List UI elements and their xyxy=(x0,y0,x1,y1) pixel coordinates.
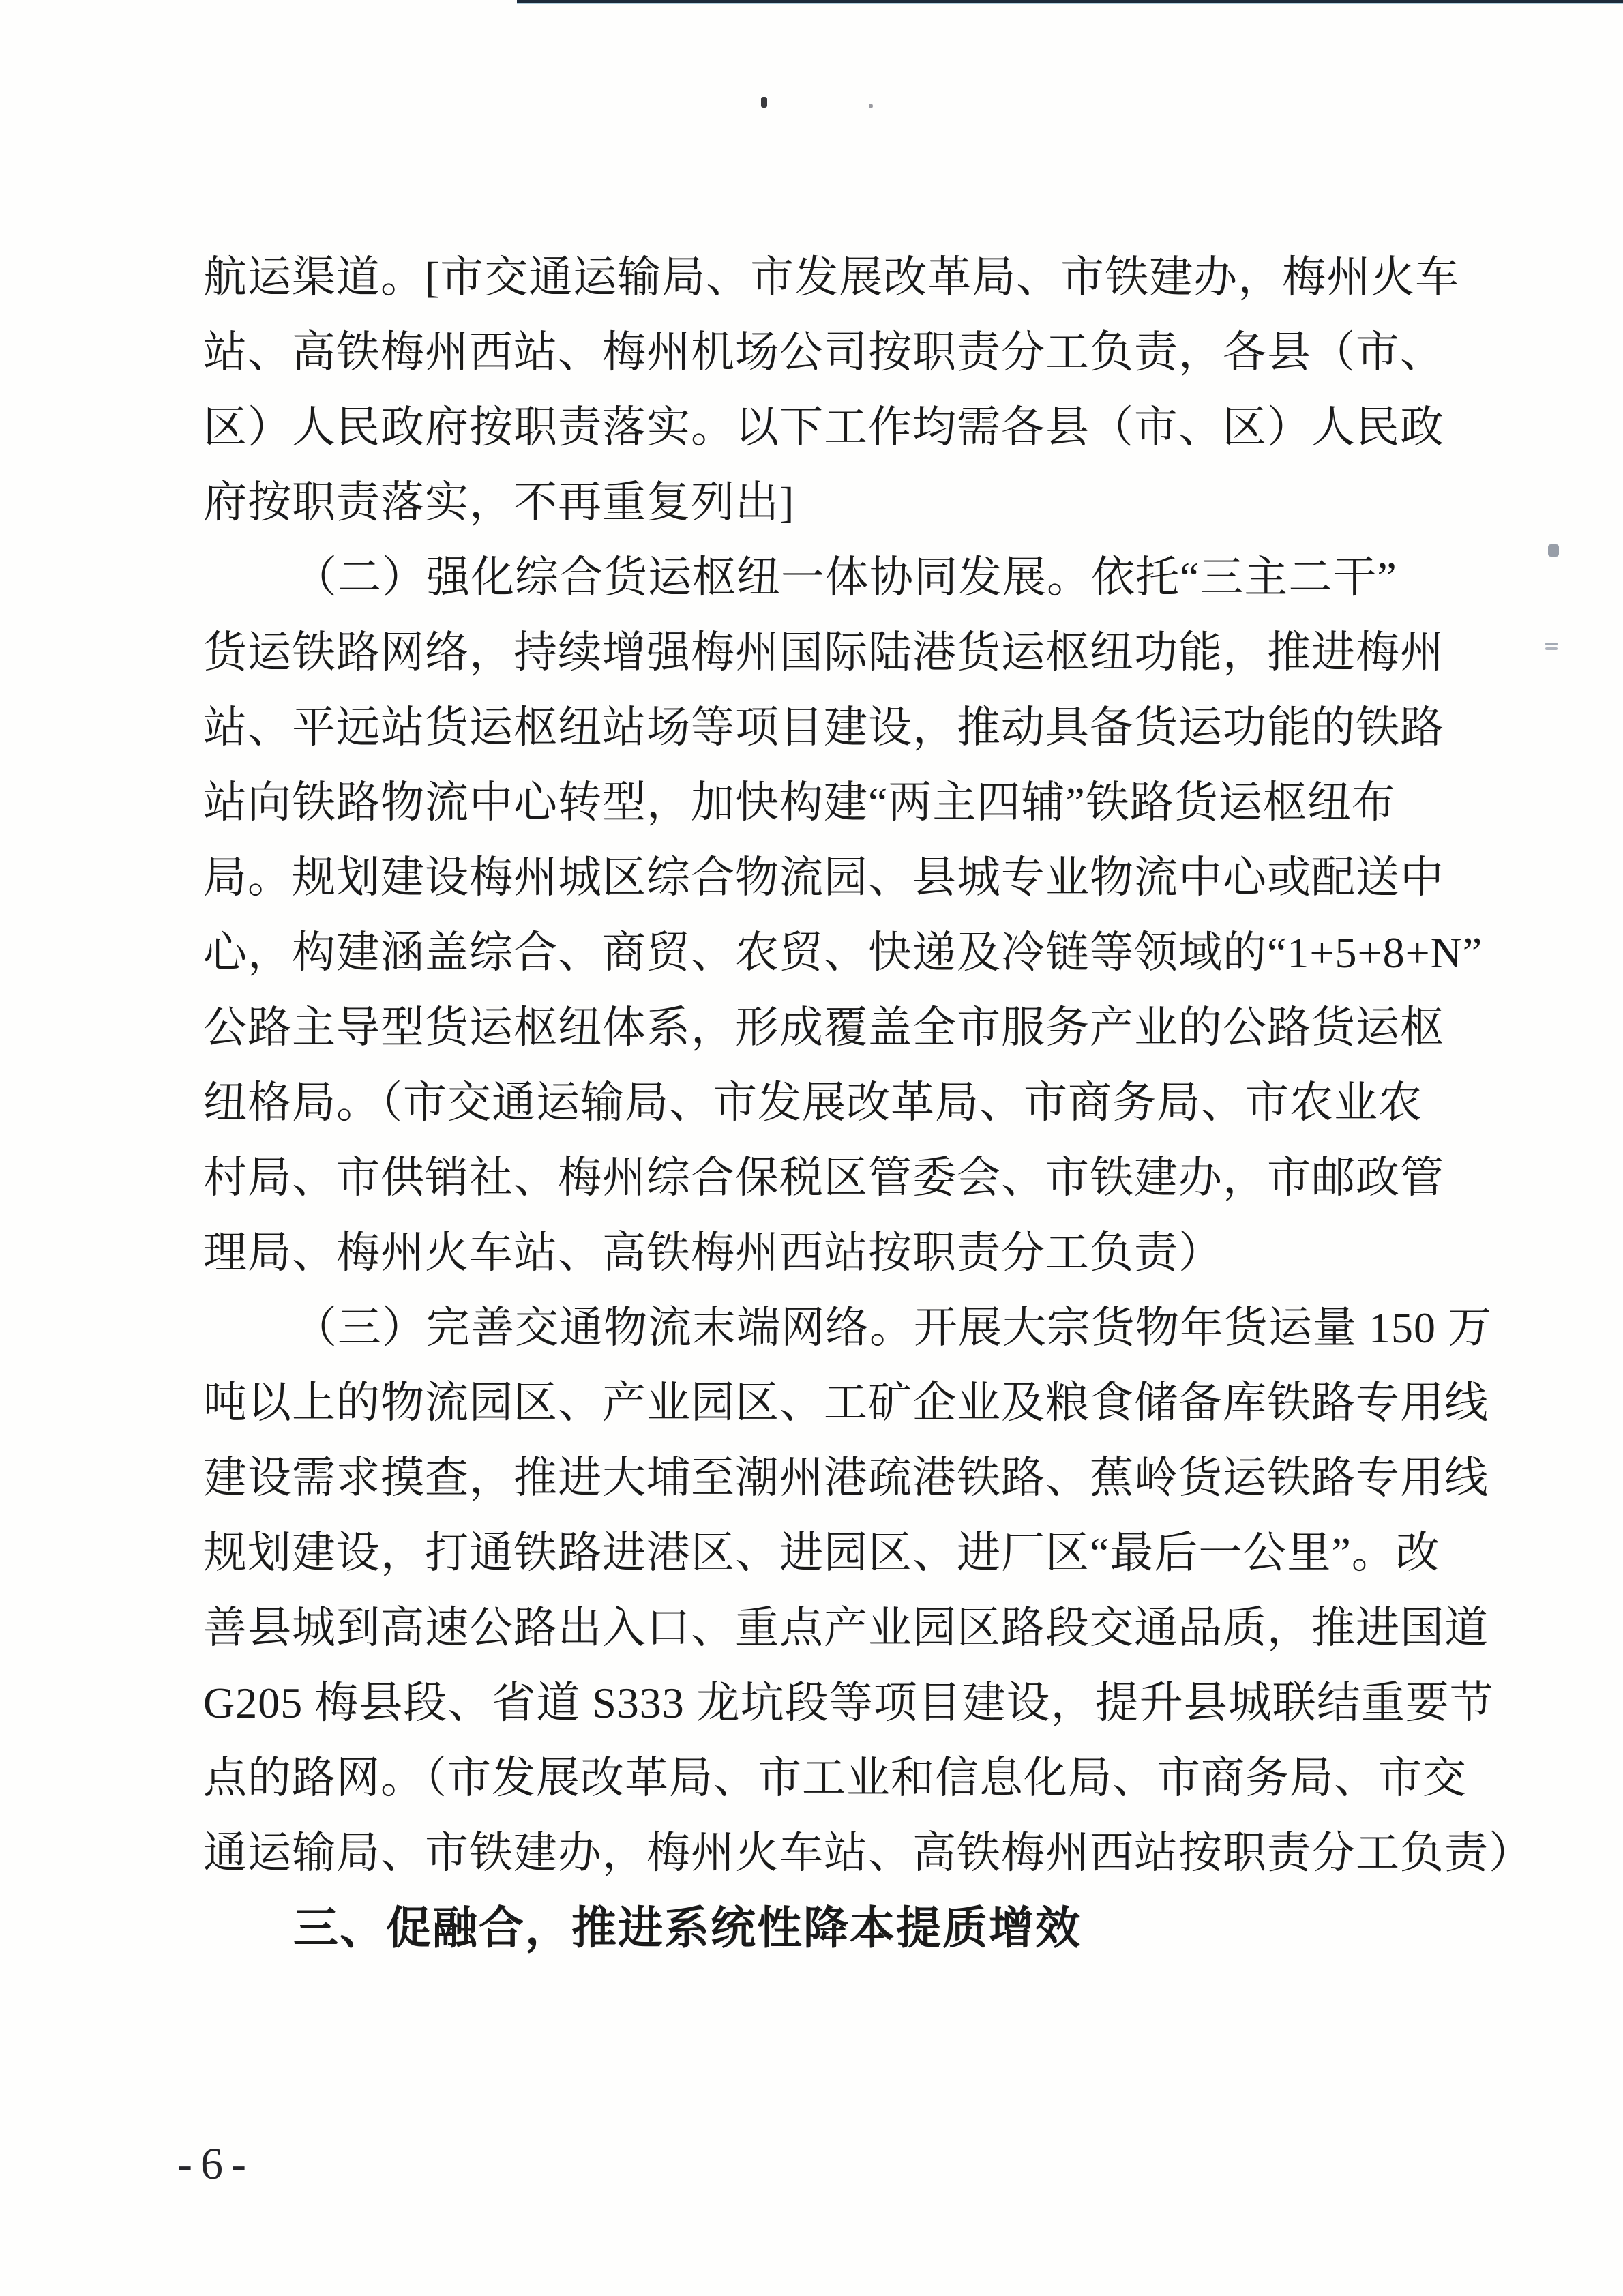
body-line: （三）完善交通物流末端网络。开展大宗货物年货运量 150 万 xyxy=(203,1291,1432,1366)
scan-speck-icon xyxy=(1548,544,1559,557)
body-line: 区）人民政府按职责落实。以下工作均需各县（市、区）人民政 xyxy=(203,390,1432,465)
body-line: （二）强化综合货运枢纽一体协同发展。依托“三主二干” xyxy=(203,540,1432,615)
body-line: 站向铁路物流中心转型，加快构建“两主四辅”铁路货运枢纽布 xyxy=(203,765,1432,840)
document-body: 航运渠道。[市交通运输局、市发展改革局、市铁建办，梅州火车 站、高铁梅州西站、梅… xyxy=(203,240,1432,1966)
scan-speck-icon xyxy=(761,97,767,108)
body-line: G205 梅县段、省道 S333 龙坑段等项目建设，提升县城联结重要节 xyxy=(203,1666,1432,1741)
scan-edge-rule xyxy=(517,0,1623,4)
body-line: 村局、市供销社、梅州综合保税区管委会、市铁建办，市邮政管 xyxy=(203,1140,1432,1216)
body-line: 理局、梅州火车站、高铁梅州西站按职责分工负责） xyxy=(203,1216,1432,1291)
body-line: 局。规划建设梅州城区综合物流园、县城专业物流中心或配送中 xyxy=(203,840,1432,915)
scanned-document-page: 航运渠道。[市交通运输局、市发展改革局、市铁建办，梅州火车 站、高铁梅州西站、梅… xyxy=(0,0,1623,2296)
page-number: -6- xyxy=(177,2127,254,2202)
body-line: 站、平远站货运枢纽站场等项目建设，推动具备货运功能的铁路 xyxy=(203,690,1432,765)
body-line: 建设需求摸查，推进大埔至潮州港疏港铁路、蕉岭货运铁路专用线 xyxy=(203,1441,1432,1516)
scan-speck-icon xyxy=(1545,643,1558,645)
body-line: 货运铁路网络，持续增强梅州国际陆港货运枢纽功能，推进梅州 xyxy=(203,615,1432,690)
body-line: 点的路网。（市发展改革局、市工业和信息化局、市商务局、市交 xyxy=(203,1741,1432,1816)
body-line: 吨以上的物流园区、产业园区、工矿企业及粮食储备库铁路专用线 xyxy=(203,1366,1432,1441)
body-line: 站、高铁梅州西站、梅州机场公司按职责分工负责，各县（市、 xyxy=(203,315,1432,390)
body-line: 善县城到高速公路出入口、重点产业园区路段交通品质，推进国道 xyxy=(203,1591,1432,1666)
body-line: 府按职责落实，不再重复列出] xyxy=(203,465,1432,540)
body-line: 纽格局。（市交通运输局、市发展改革局、市商务局、市农业农 xyxy=(203,1065,1432,1140)
body-line: 心，构建涵盖综合、商贸、农贸、快递及冷链等领域的“1+5+8+N” xyxy=(203,915,1432,990)
body-line: 规划建设，打通铁路进港区、进园区、进厂区“最后一公里”。改 xyxy=(203,1516,1432,1591)
scan-speck-icon xyxy=(869,104,873,108)
body-line: 公路主导型货运枢纽体系，形成覆盖全市服务产业的公路货运枢 xyxy=(203,990,1432,1065)
body-line: 通运输局、市铁建办，梅州火车站、高铁梅州西站按职责分工负责） xyxy=(203,1816,1432,1891)
body-line: 航运渠道。[市交通运输局、市发展改革局、市铁建办，梅州火车 xyxy=(203,240,1432,315)
section-heading: 三、促融合，推进系统性降本提质增效 xyxy=(203,1891,1432,1966)
